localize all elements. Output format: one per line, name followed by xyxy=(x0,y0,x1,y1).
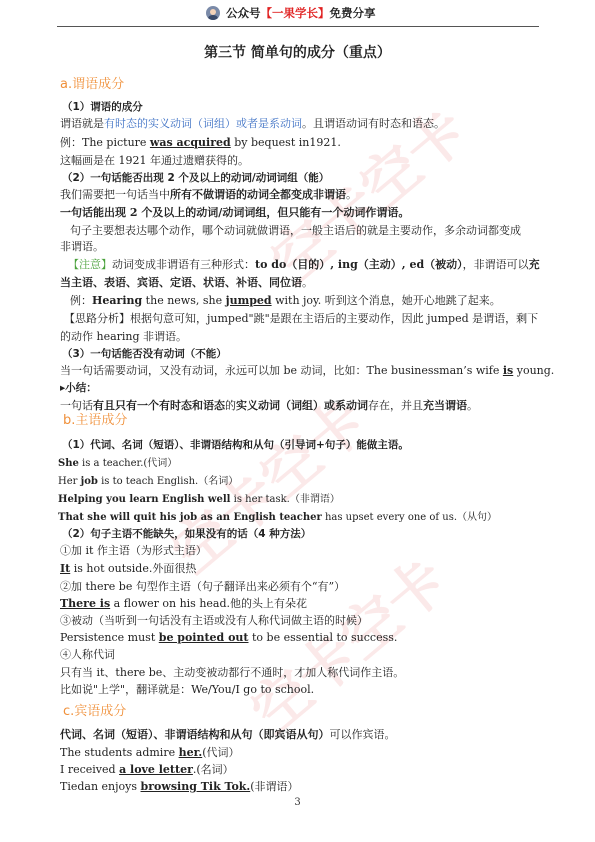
text: has upset every one of us.（从句） xyxy=(322,512,497,523)
text: The students admire xyxy=(60,746,179,759)
text: 谓语就是 xyxy=(60,117,104,130)
text: is a teacher.(代词） xyxy=(79,458,177,469)
method-3: ③被动（当听到一句话没有主语或没有人称代词做主语的时候） xyxy=(60,614,368,628)
text: (非谓语） xyxy=(250,780,298,793)
paragraph-c-intro: 代词、名词（短语）、非谓语结构和从句（即宾语从句）可以作宾语。 xyxy=(60,728,396,742)
bold-text: job xyxy=(81,476,98,487)
method-1: ①加 it 作主语（为形式主语） xyxy=(60,544,207,558)
text: 例： xyxy=(70,294,92,307)
method-4-line-1: 只有当 it、there be、主动变被动都行不通时，才加人称代词作主语。 xyxy=(60,666,404,680)
text: 。且谓语动词有时态和语态。 xyxy=(302,117,445,130)
paragraph-a2-l2: 一句话能出现 2 个及以上的动词/动词词组，但只能有一个动词作谓语。 xyxy=(60,206,409,220)
analysis-line-2: 的动作 hearing 非谓语。 xyxy=(60,330,187,344)
header-banner: 公众号 【一果学长】 免费分享 xyxy=(206,5,376,21)
note-line-1: 【注意】动词变成非谓语有三种形式：to do（目的）, ing（主动）, ed（… xyxy=(68,258,540,272)
example-a2: 例：Hearing the news, she jumped with joy.… xyxy=(70,294,501,308)
paragraph-a3: 当一句话需要动词，又没有动词，永远可以加 be 动词，比如：The busine… xyxy=(60,364,554,378)
text: 存在，并且 xyxy=(368,399,423,412)
method-3-example: Persistence must be pointed out to be es… xyxy=(60,631,397,645)
method-4: ④人称代词 xyxy=(60,648,115,662)
bold-text: 充当谓语 xyxy=(423,399,467,412)
text: ，非谓语可以 xyxy=(463,258,529,271)
avatar-icon xyxy=(206,6,220,20)
text: 的 xyxy=(225,399,236,412)
underlined-object: browsing Tik Tok. xyxy=(141,780,251,793)
text: 可以作宾语。 xyxy=(330,728,396,741)
text: a flower on his head.他的头上有朵花 xyxy=(110,597,307,610)
translation-a1: 这幅画是在 1921 年通过遗赠获得的。 xyxy=(60,154,249,168)
header-divider xyxy=(57,26,539,27)
text: is hot outside.外面很热 xyxy=(70,562,196,575)
text: 。 xyxy=(346,188,357,201)
bold-text: She xyxy=(58,458,79,469)
subheading-a1: （1）谓语的成分 xyxy=(62,100,143,114)
method-1-example: It is hot outside.外面很热 xyxy=(60,562,196,576)
subheading-a2: （2）一句话能否出现 2 个及以上的动词/动词词组（能） xyxy=(62,171,329,185)
subheading-b2: （2）句子主语不能缺失，如果没有的话（4 种方法） xyxy=(62,527,311,541)
underlined-predicate: be pointed out xyxy=(159,631,249,644)
text: Her xyxy=(58,476,81,487)
example-b2: Her job is to teach English.（名词） xyxy=(58,475,238,489)
underlined-predicate: is xyxy=(503,364,513,377)
text: I received xyxy=(60,763,119,776)
page-number: 3 xyxy=(0,797,595,808)
bold-text: 所有不做谓语的动词全都变成非谓语 xyxy=(170,188,346,201)
note-line-2: 当主语、表语、宾语、定语、状语、补语、同位语。 xyxy=(60,276,313,290)
paragraph-a2-l4: 非谓语。 xyxy=(60,240,104,254)
text: 。 xyxy=(467,399,478,412)
text: young. xyxy=(513,364,554,377)
underlined-predicate: was acquired xyxy=(150,136,231,149)
summary-title: ▸小结： xyxy=(60,381,97,395)
text: 动词变成非谓语有三种形式： xyxy=(112,258,255,271)
paragraph-a2-l3: 句子主要想表达哪个动作，哪个动词就做谓语，一般主语后的就是主要动作，多余动词都变… xyxy=(70,224,521,238)
underlined-subject: It xyxy=(60,562,70,575)
paragraph-a1-definition: 谓语就是有时态的实义动词（词组）或者是系动词。且谓语动词有时态和语态。 xyxy=(60,117,445,131)
underlined-object: her. xyxy=(179,746,203,759)
bold-text: Hearing xyxy=(92,294,142,307)
subheading-b1: （1）代词、名词（短语）、非谓语结构和从句（引导词+句子）能做主语。 xyxy=(62,438,409,452)
example-a1: 例：The picture was acquired by bequest in… xyxy=(60,136,341,150)
text: 我们需要把一句话当中 xyxy=(60,188,170,201)
text: 例：The picture xyxy=(60,136,150,149)
text: with joy. 听到这个消息，她开心地跳了起来。 xyxy=(272,294,501,307)
bold-text: to do（目的）, ing（主动）, ed（被动） xyxy=(255,258,463,271)
example-b3: Helping you learn English well is her ta… xyxy=(58,493,340,507)
bold-text: 当主语、表语、宾语、定语、状语、补语、同位语 xyxy=(60,276,302,289)
text: by bequest in1921. xyxy=(231,136,341,149)
method-2-example: There is a flower on his head.他的头上有朵花 xyxy=(60,597,307,611)
bold-text: 代词、名词（短语）、非谓语结构和从句（即宾语从句） xyxy=(60,728,330,741)
underlined-predicate: jumped xyxy=(226,294,272,307)
paragraph-a2-l1: 我们需要把一句话当中所有不做谓语的动词全都变成非谓语。 xyxy=(60,188,357,202)
text: Persistence must xyxy=(60,631,159,644)
text: the news, she xyxy=(142,294,225,307)
page-header: 公众号 【一果学长】 免费分享 xyxy=(0,0,595,27)
section-heading-b: b.主语成分 xyxy=(63,414,127,428)
section-heading-a: a.谓语成分 xyxy=(60,78,124,92)
header-suffix: 免费分享 xyxy=(330,5,376,21)
header-prefix: 公众号 xyxy=(226,5,261,21)
text: is her task.（非谓语） xyxy=(230,494,339,505)
note-tag: 【注意】 xyxy=(68,258,112,271)
example-c3: Tiedan enjoys browsing Tik Tok.(非谓语） xyxy=(60,780,299,794)
method-4-line-2: 比如说"上学"，翻译就是：We/You/I go to school. xyxy=(60,683,314,697)
text: (代词） xyxy=(202,746,239,759)
highlight-blue: 有时态的实义动词（词组）或者是系动词 xyxy=(104,117,302,130)
underlined-subject: There is xyxy=(60,597,110,610)
example-c1: The students admire her.(代词） xyxy=(60,746,240,760)
text: 。 xyxy=(302,276,313,289)
text: .(名词） xyxy=(193,763,234,776)
text: to be essential to success. xyxy=(249,631,398,644)
page-title: 第三节 简单句的成分（重点） xyxy=(0,42,595,62)
underlined-object: a love letter xyxy=(119,763,193,776)
analysis-line-1: 【思路分析】根据句意可知，jumped"跳"是跟在主语后的主要动作，因此 jum… xyxy=(64,312,538,326)
example-b1: She is a teacher.(代词） xyxy=(58,457,177,471)
subheading-a3: （3）一句话能否没有动词（不能） xyxy=(62,347,227,361)
text: 一句话 xyxy=(60,399,93,412)
summary-text: 一句话有且只有一个有时态和语态的实义动词（词组）或系动词存在，并且充当谓语。 xyxy=(60,399,478,413)
method-2: ②加 there be 句型作主语（句子翻译出来必须有个“有”） xyxy=(60,580,345,594)
example-c2: I received a love letter.(名词） xyxy=(60,763,234,777)
section-heading-c: c.宾语成分 xyxy=(63,705,126,719)
bold-text: Helping you learn English well xyxy=(58,494,230,505)
text: is to teach English.（名词） xyxy=(98,476,238,487)
bold-text: 实义动词（词组）或系动词 xyxy=(236,399,368,412)
text: Tiedan enjoys xyxy=(60,780,141,793)
header-brand: 【一果学长】 xyxy=(261,5,330,21)
text: 当一句话需要动词，又没有动词，永远可以加 be 动词，比如：The busine… xyxy=(60,364,503,377)
bold-text: That she will quit his job as an English… xyxy=(58,512,322,523)
bold-text: 充 xyxy=(529,258,540,271)
bold-text: 有且只有一个有时态和语态 xyxy=(93,399,225,412)
example-b4: That she will quit his job as an English… xyxy=(58,511,497,525)
